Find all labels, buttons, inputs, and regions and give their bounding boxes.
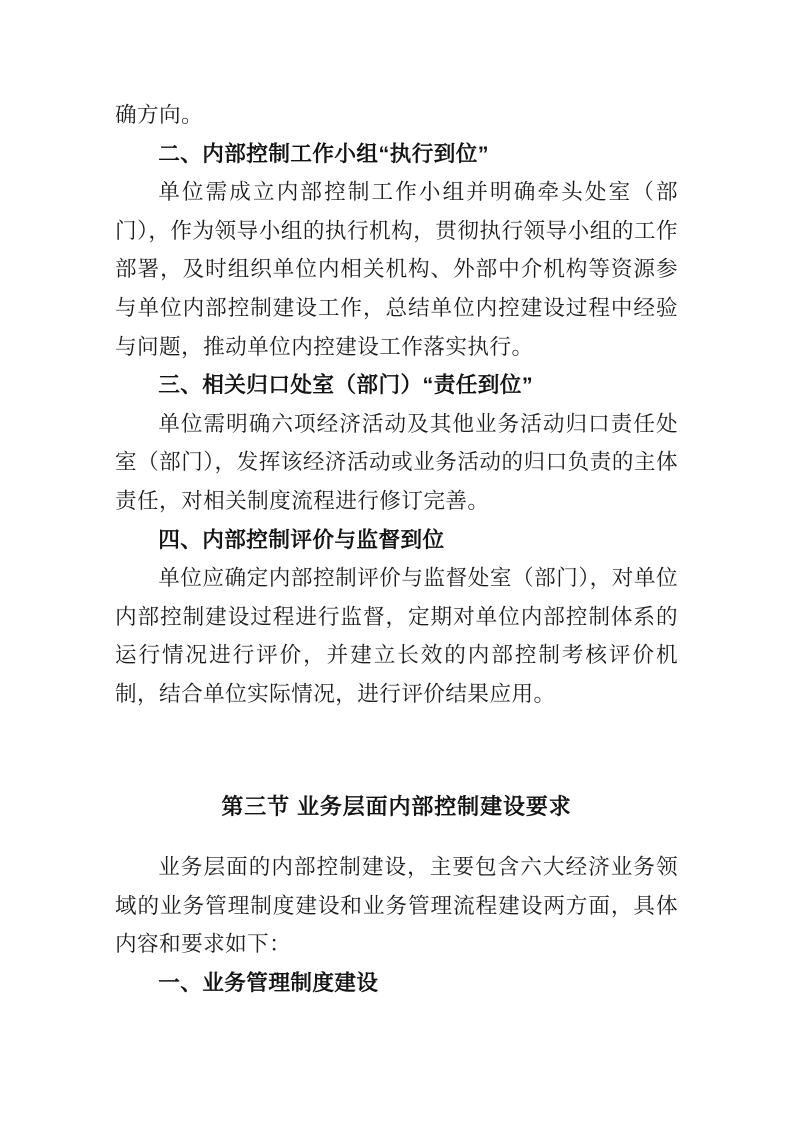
heading-section-four: 四、内部控制评价与监督到位 bbox=[115, 521, 678, 560]
heading-section-three: 三、相关归口处室（部门）“责任到位” bbox=[115, 366, 678, 405]
document-page: 确方向。 二、内部控制工作小组“执行到位” 单位需成立内部控制工作小组并明确牵头… bbox=[0, 0, 793, 1122]
paragraph-evaluation-supervision: 单位应确定内部控制评价与监督处室（部门），对单位内部控制建设过程进行监督，定期对… bbox=[115, 559, 678, 713]
chapter-section-heading: 第三节 业务层面内部控制建设要求 bbox=[115, 788, 678, 827]
paragraph-continuation: 确方向。 bbox=[115, 96, 678, 135]
heading-section-two: 二、内部控制工作小组“执行到位” bbox=[115, 135, 678, 174]
paragraph-responsibility: 单位需明确六项经济活动及其他业务活动归口责任处室（部门），发挥该经济活动或业务活… bbox=[115, 405, 678, 521]
paragraph-business-level-intro: 业务层面的内部控制建设，主要包含六大经济业务领域的业务管理制度建设和业务管理流程… bbox=[115, 848, 678, 964]
heading-business-management-system: 一、业务管理制度建设 bbox=[115, 964, 678, 1003]
paragraph-work-group: 单位需成立内部控制工作小组并明确牵头处室（部门），作为领导小组的执行机构，贯彻执… bbox=[115, 173, 678, 366]
